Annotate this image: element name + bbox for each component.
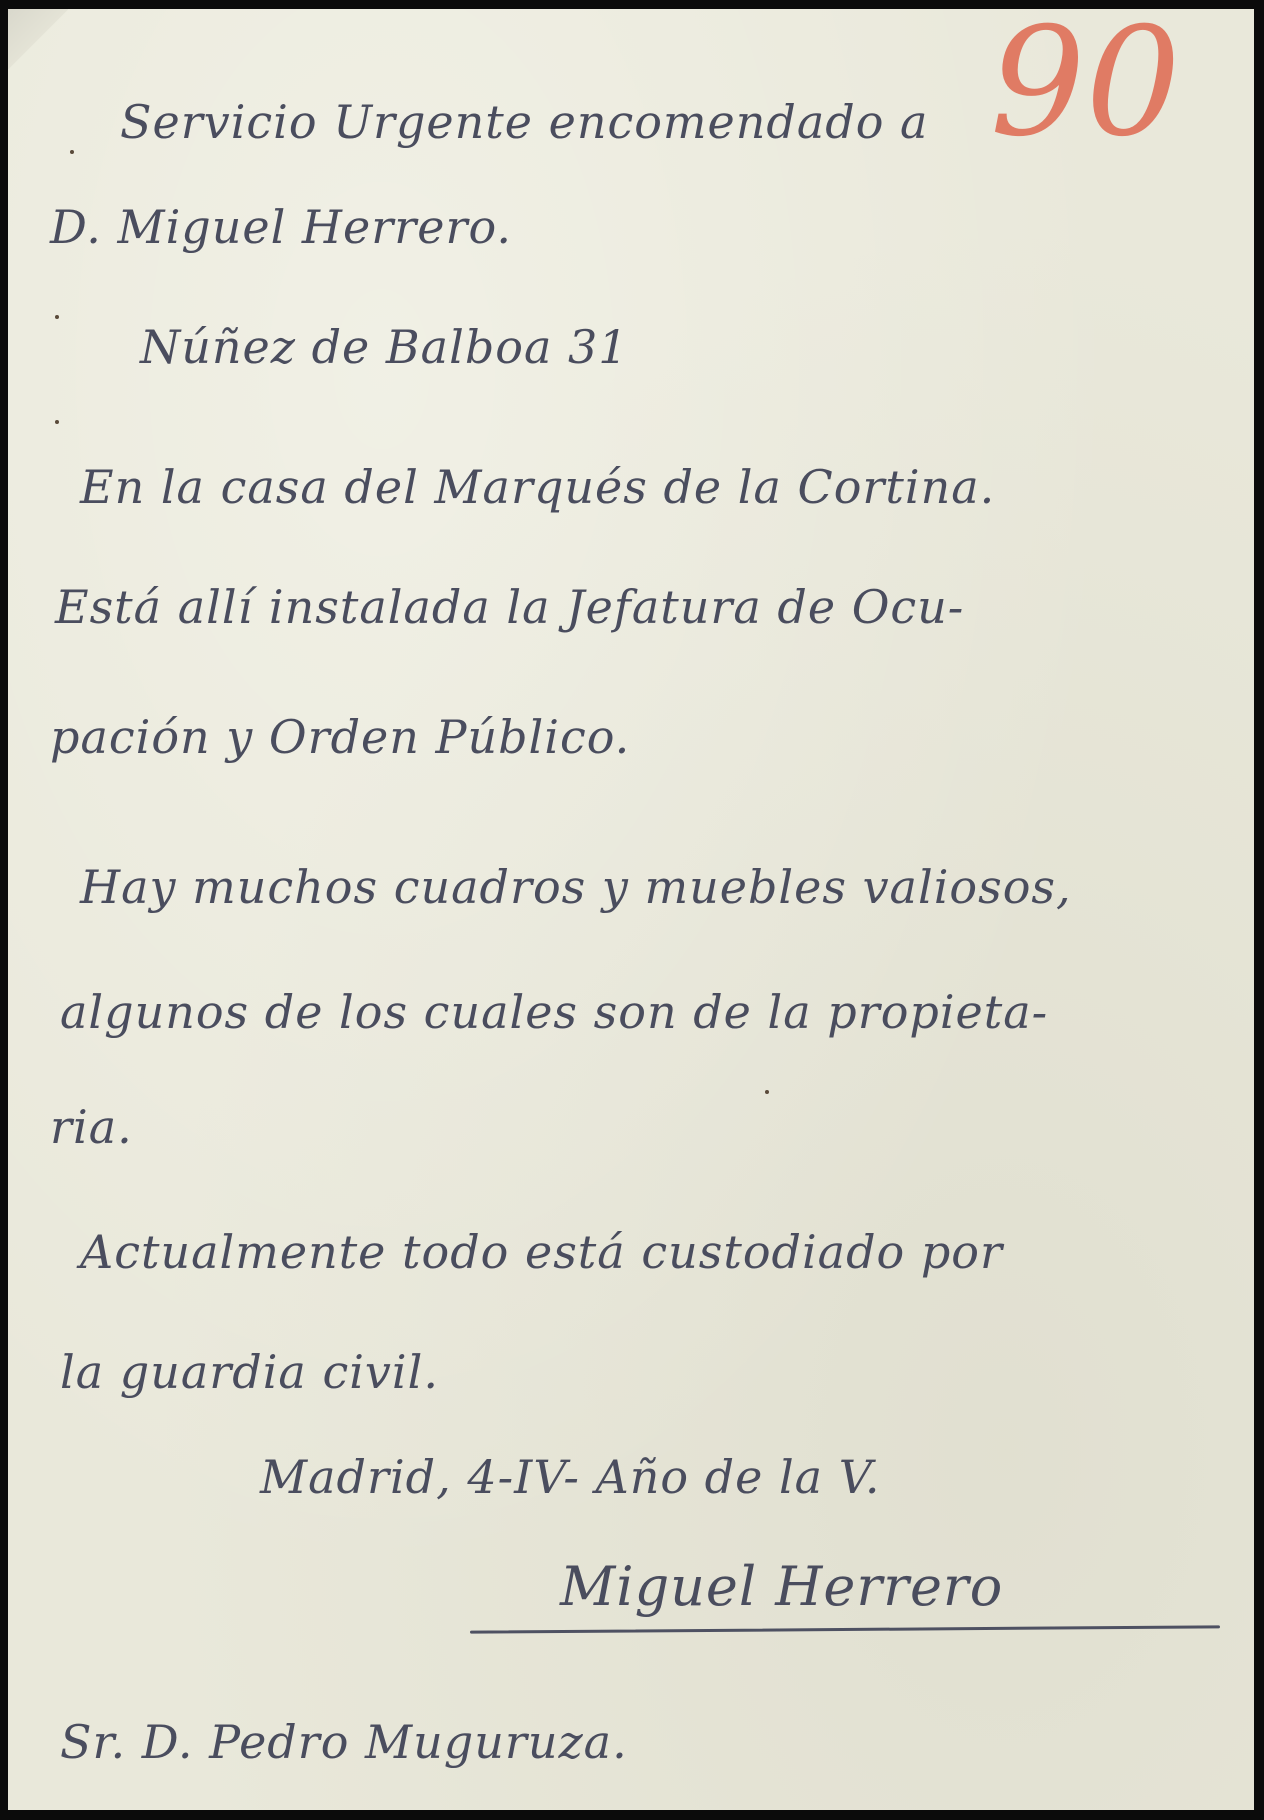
paper-speck bbox=[765, 1090, 769, 1094]
text-line-1: Servicio Urgente encomendado a bbox=[120, 95, 928, 149]
archive-number: 90 bbox=[990, 8, 1181, 158]
text-line-9: ria. bbox=[50, 1100, 133, 1154]
text-line-4: En la casa del Marqués de la Cortina. bbox=[80, 460, 995, 514]
paper-speck bbox=[55, 315, 59, 319]
text-line-7: Hay muchos cuadros y muebles valiosos, bbox=[80, 860, 1072, 914]
text-line-11: la guardia civil. bbox=[60, 1345, 439, 1399]
paper-speck bbox=[70, 150, 74, 154]
folded-corner bbox=[8, 9, 68, 69]
text-line-10: Actualmente todo está custodiado por bbox=[80, 1225, 1003, 1279]
paper-speck bbox=[55, 420, 59, 424]
dateline: Madrid, 4-IV- Año de la V. bbox=[260, 1450, 881, 1504]
text-line-6: pación y Orden Público. bbox=[50, 710, 630, 764]
text-line-5: Está allí instalada la Jefatura de Ocu- bbox=[55, 580, 964, 634]
text-line-8: algunos de los cuales son de la propieta… bbox=[60, 985, 1048, 1039]
signature: Miguel Herrero bbox=[560, 1555, 1003, 1618]
addressee: Sr. D. Pedro Muguruza. bbox=[60, 1715, 628, 1769]
text-line-2: D. Miguel Herrero. bbox=[50, 200, 512, 254]
text-line-3: Núñez de Balboa 31 bbox=[140, 320, 629, 374]
